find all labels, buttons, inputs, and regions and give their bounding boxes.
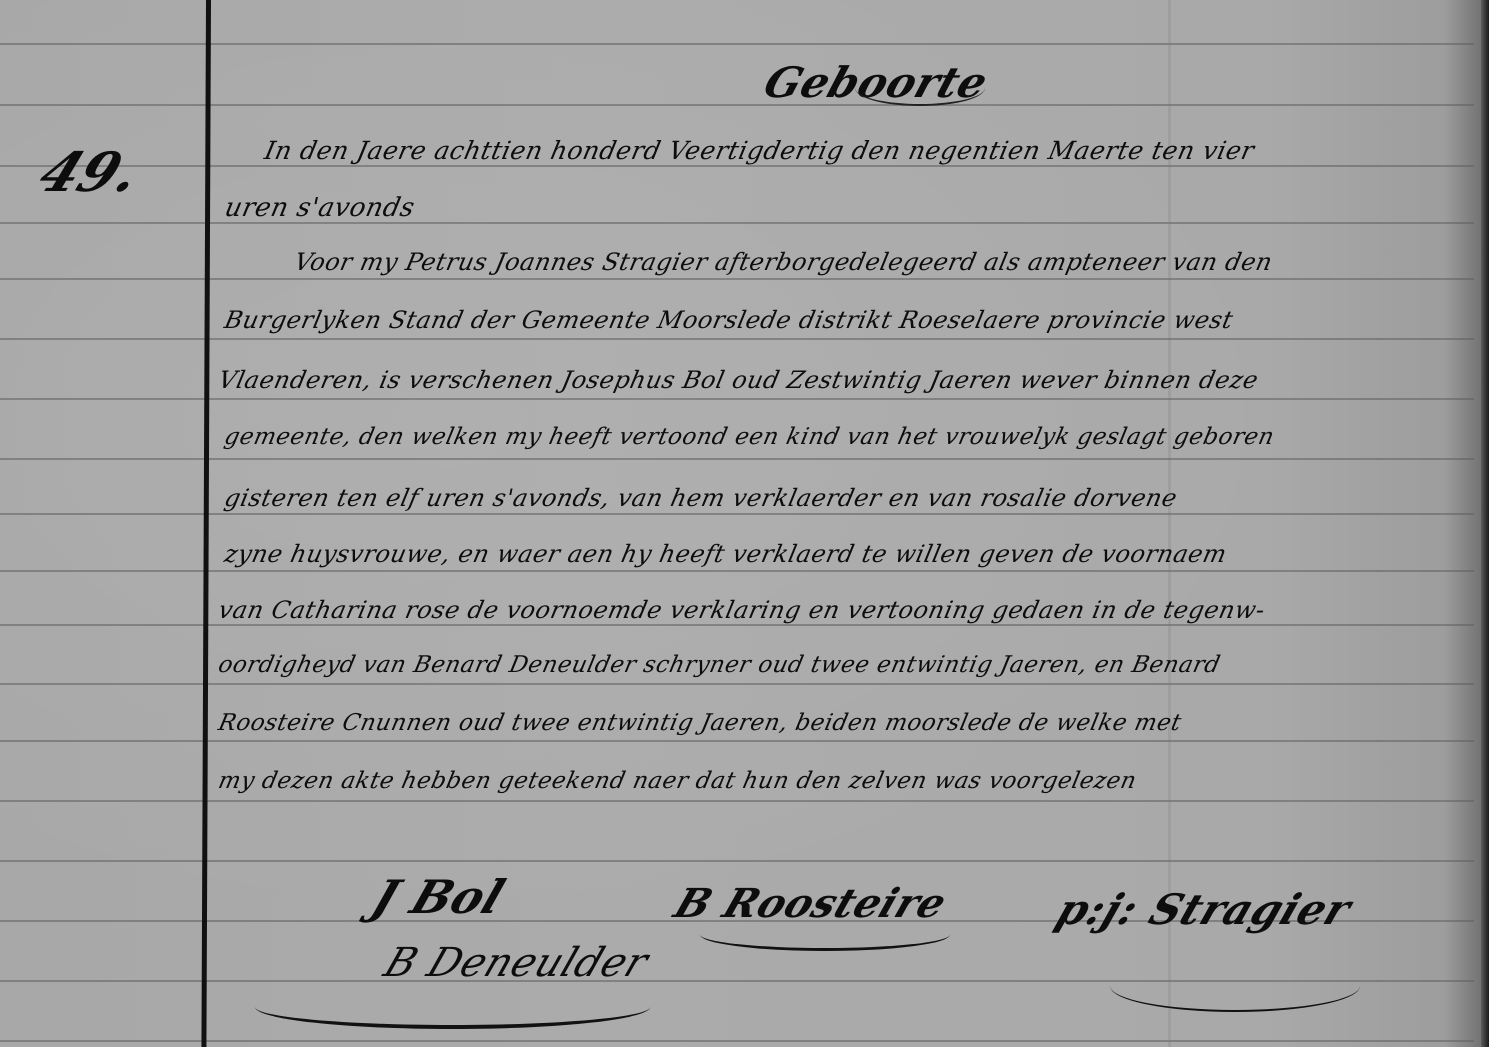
text-line-8: zyne huysvrouwe, en waer aen hy heeft ve… <box>222 540 1229 568</box>
text-line-1: In den Jaere achttien honderd Veertigder… <box>262 136 1257 165</box>
text-line-11: Roosteire Cnunnen oud twee entwintig Jae… <box>216 710 1184 736</box>
page-edge-shadow <box>1481 0 1489 1047</box>
officer-signature-flourish <box>1110 960 1360 1012</box>
ruled-line <box>0 43 1474 45</box>
officer-signature: p:j: Stragier <box>1050 885 1358 934</box>
text-line-2: uren s'avonds <box>222 193 418 223</box>
register-page: 49. Geboorte In den Jaere achttien honde… <box>0 0 1489 1047</box>
text-line-5: Vlaenderen, is verschenen Josephus Bol o… <box>216 366 1261 394</box>
ruled-line <box>0 624 1474 626</box>
ruled-line <box>0 513 1474 515</box>
witness-signature-1: B Deneulder <box>378 940 654 986</box>
ruled-line <box>0 1040 1474 1042</box>
ruled-line <box>0 800 1474 802</box>
ruled-line <box>0 740 1474 742</box>
father-mark-signature: J Bol <box>365 870 512 924</box>
text-line-3: Voor my Petrus Joannes Stragier afterbor… <box>292 248 1275 276</box>
text-line-7: gisteren ten elf uren s'avonds, van hem … <box>222 484 1180 512</box>
text-line-9: van Catharina rose de voornoemde verklar… <box>216 596 1268 624</box>
ruled-line <box>0 683 1474 685</box>
ruled-line <box>0 338 1474 340</box>
title-flourish <box>855 70 985 106</box>
text-line-5-content: Vlaenderen, is verschenen Josephus Bol o… <box>216 366 1261 394</box>
text-line-12: my dezen akte hebben geteekend naer dat … <box>216 768 1139 794</box>
ruled-line <box>0 398 1474 400</box>
text-line-6: gemeente, den welken my heeft vertoond e… <box>222 424 1277 450</box>
text-line-4: Burgerlyken Stand der Gemeente Moorslede… <box>222 306 1236 334</box>
ruled-line <box>0 165 1474 167</box>
ruled-line <box>0 278 1474 280</box>
signature-underline-flourish <box>255 985 650 1029</box>
ruled-line <box>0 458 1474 460</box>
ruled-line <box>0 860 1474 862</box>
text-line-10: oordigheyd van Benard Deneulder schryner… <box>216 652 1223 678</box>
margin-line <box>201 0 211 1047</box>
entry-number: 49. <box>30 140 151 204</box>
signature-flourish-2 <box>700 918 950 951</box>
ruled-line <box>0 104 1474 106</box>
ruled-line <box>0 570 1474 572</box>
